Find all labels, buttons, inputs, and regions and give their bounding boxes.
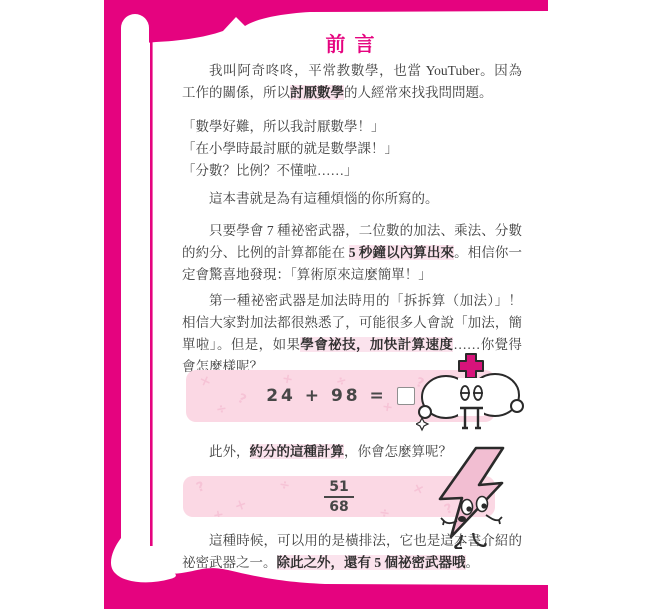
text-segment: 的人經常來找我問問題。 xyxy=(344,85,493,100)
quote-line-2: 「在小學時最討厭的就是數學課！」 xyxy=(182,138,522,160)
page-edge-line xyxy=(150,42,153,546)
mascot-mouth xyxy=(458,516,466,522)
quote-group: 「數學好難，所以我討厭數學！」 「在小學時最討厭的就是數學課！」 「分數？比例？… xyxy=(182,116,522,182)
mascot-cross xyxy=(459,354,483,378)
text-segment: 除此之外，還有 5 個祕密武器哦 xyxy=(277,555,466,570)
text-segment: 此外， xyxy=(209,444,250,459)
equation-text: 24 + 98 = xyxy=(266,386,387,406)
text-segment: 5 秒鐘以內算出來 xyxy=(349,245,454,260)
book-preface-page: 前言 我叫阿奇咚咚，平常教數學，也當 YouTuber。因為工作的關係，所以討厭… xyxy=(0,0,655,609)
page-title: 前言 xyxy=(152,28,548,57)
answer-placeholder-box xyxy=(397,387,415,405)
rolled-paper-strip xyxy=(121,14,149,559)
text-segment: 。 xyxy=(466,555,480,570)
text-segment: 討厭數學 xyxy=(290,85,344,100)
paragraph-weapons: 只要學會 7 種祕密武器，二位數的加法、乘法、分數的約分、比例的計算都能在 5 … xyxy=(182,220,522,286)
paragraph-intro: 我叫阿奇咚咚，平常教數學，也當 YouTuber。因為工作的關係，所以討厭數學的… xyxy=(182,60,522,104)
paragraph-for-you: 這本書就是為有這種煩惱的你所寫的。 xyxy=(182,188,522,210)
paragraph-closing: 這種時候，可以用的是橫排法，它也是這本書介紹的祕密武器之一。除此之外，還有 5 … xyxy=(182,530,522,574)
rolled-paper-curl xyxy=(111,538,176,582)
fraction-numerator: 51 xyxy=(324,479,353,498)
scroll-left-band xyxy=(104,0,123,609)
quote-line-1: 「數學好難，所以我討厭數學！」 xyxy=(182,116,522,138)
fraction-denominator: 68 xyxy=(329,498,348,515)
quote-line-3: 「分數？比例？不懂啦……」 xyxy=(182,160,522,182)
plus-character-mascot-icon xyxy=(416,350,524,438)
sparkle xyxy=(416,418,428,430)
text-segment: 約分的這種計算 xyxy=(250,444,345,459)
